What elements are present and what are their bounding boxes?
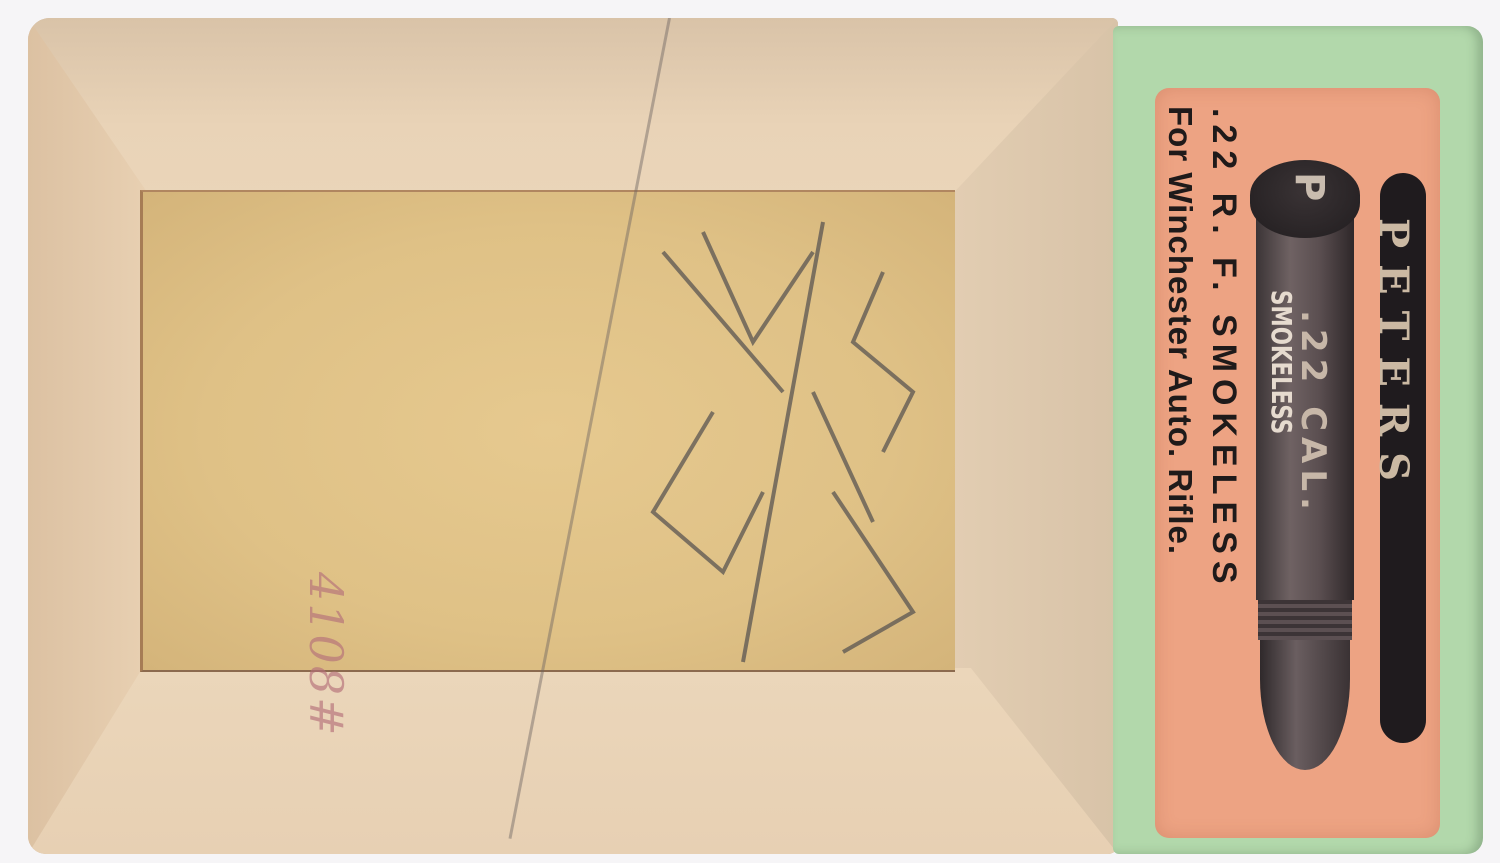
cartridge-crimp <box>1258 600 1352 640</box>
product-usage: For Winchester Auto. Rifle. <box>1161 106 1199 555</box>
pencil-scribble-icon <box>583 192 963 670</box>
box-end-panel: PETERS P .22 CAL. SMOKELESS .22 R. F. SM… <box>1113 26 1483 854</box>
box-bottom-face: 4108# <box>28 18 1118 854</box>
brand-name: PETERS <box>1370 218 1417 497</box>
inner-panel: 4108# <box>140 190 955 672</box>
headstamp-letter: P <box>1286 172 1332 201</box>
bottom-flap <box>28 668 1118 854</box>
top-flap <box>28 18 1118 198</box>
product-line: .22 R. F. SMOKELESS <box>1204 108 1243 591</box>
cartridge-illustration-icon: P .22 CAL. SMOKELESS <box>1250 160 1360 770</box>
cartridge-caliber: .22 CAL. <box>1293 310 1333 516</box>
red-ink-note: 4108# <box>299 572 353 738</box>
cartridge-box: 4108# PETERS P .22 CAL. SMOKELESS .22 R.… <box>28 18 1488 858</box>
bullet-tip <box>1260 640 1350 770</box>
cartridge-powder: SMOKELESS <box>1265 290 1298 434</box>
product-label: PETERS P .22 CAL. SMOKELESS .22 R. F. SM… <box>1155 88 1440 838</box>
